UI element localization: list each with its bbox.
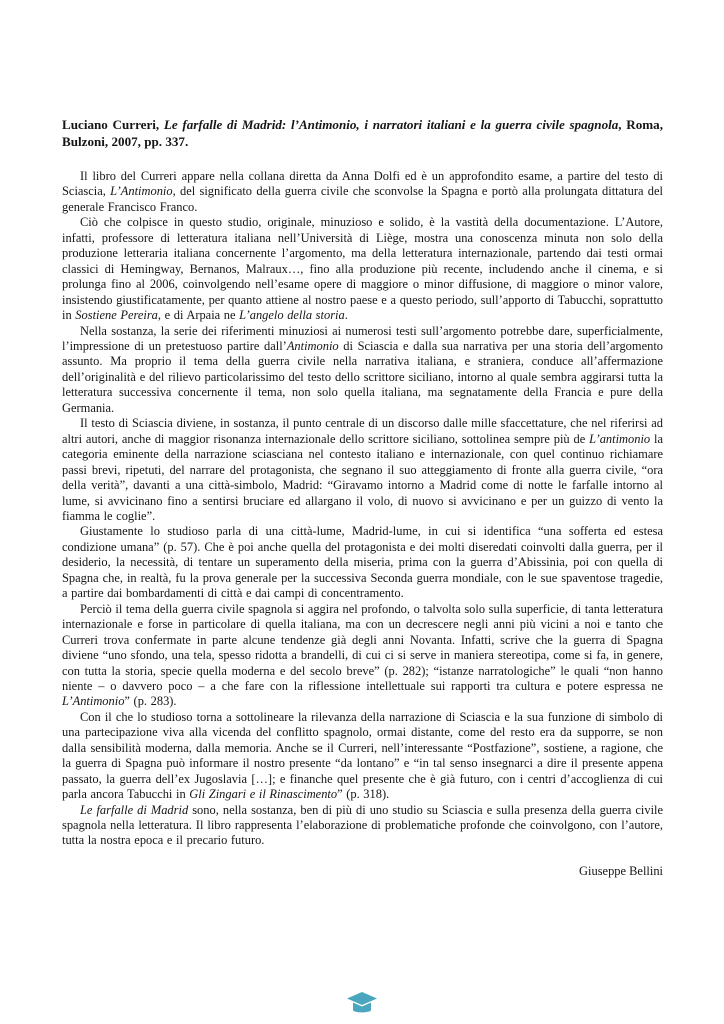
paragraph: Perciò il tema della guerra civile spagn… xyxy=(62,602,663,710)
paragraph: Con il che lo studioso torna a sottoline… xyxy=(62,710,663,803)
paragraph: Il libro del Curreri appare nella collan… xyxy=(62,169,663,215)
document-content: Luciano Curreri, Le farfalle di Madrid: … xyxy=(62,116,663,879)
paragraph: Ciò che colpisce in questo studio, origi… xyxy=(62,215,663,323)
paragraph: Il testo di Sciascia diviene, in sostanz… xyxy=(62,416,663,524)
paragraph: Giustamente lo studioso parla di una cit… xyxy=(62,524,663,601)
paragraph: Nella sostanza, la serie dei riferimenti… xyxy=(62,324,663,417)
document-page: Luciano Curreri, Le farfalle di Madrid: … xyxy=(0,0,724,1024)
citation-heading: Luciano Curreri, Le farfalle di Madrid: … xyxy=(62,116,663,150)
paragraph: Le farfalle di Madrid sono, nella sostan… xyxy=(62,803,663,849)
reviewer-signature: Giuseppe Bellini xyxy=(62,864,663,879)
studylib-logo-watermark[interactable] xyxy=(345,989,379,1019)
studylib-logo-icon xyxy=(345,989,379,1019)
